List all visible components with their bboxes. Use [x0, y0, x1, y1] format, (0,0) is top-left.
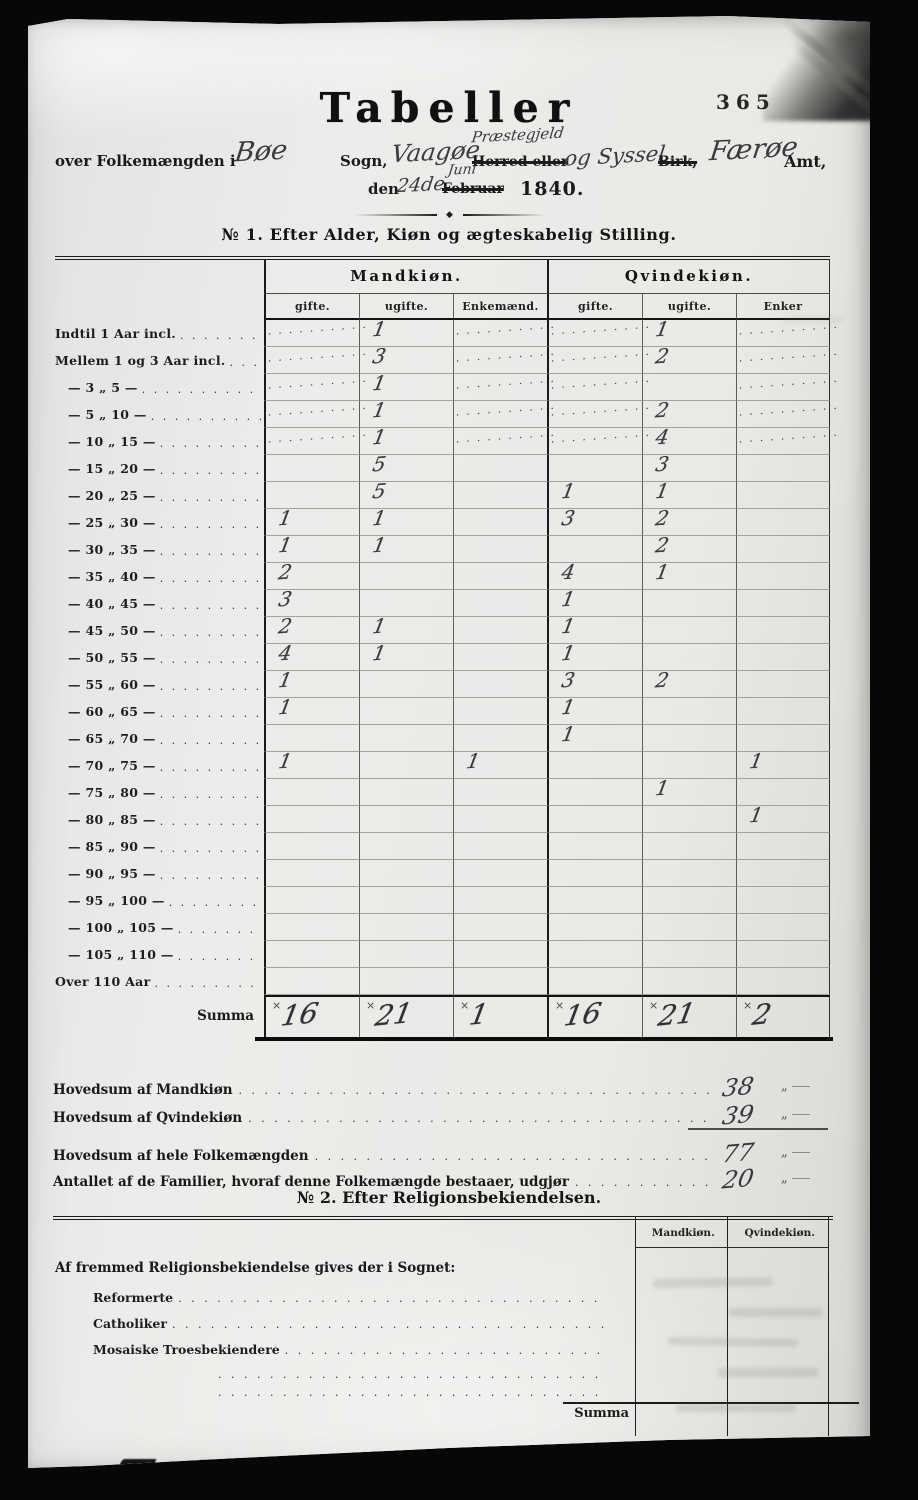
- cell-m-enkemaend: [453, 725, 547, 752]
- cell-m-gifte: [264, 779, 359, 806]
- age-group-row: — 35 „ 40 — 2 4 1: [55, 563, 830, 590]
- cell-q-gifte: [547, 914, 642, 941]
- cell-q-ugifte: 1: [642, 779, 736, 806]
- dot-leader: [160, 842, 262, 855]
- cell-q-enker: [736, 320, 830, 347]
- group-header-mandkion: Mandkiøn.: [264, 260, 547, 294]
- age-group-label: — 3 „ 5 —: [55, 374, 264, 401]
- cell-m-gifte: 1: [264, 509, 359, 536]
- cell-m-ugifte: [359, 860, 453, 887]
- cell-m-gifte: [264, 968, 359, 995]
- cell-m-enkemaend: [453, 401, 547, 428]
- dot-leader: [218, 1386, 608, 1399]
- cell-m-gifte: 1: [264, 698, 359, 725]
- dot-leader: [178, 923, 262, 936]
- cell-q-ugifte: [642, 590, 736, 617]
- age-group-row: — 80 „ 85 — 1: [55, 806, 830, 833]
- cell-m-enkemaend: [453, 671, 547, 698]
- cell-q-gifte: [547, 806, 642, 833]
- age-group-row: — 3 „ 5 — 1: [55, 374, 830, 401]
- cell-q-ugifte: [642, 887, 736, 914]
- hovedsum-qvindekion-value: 39: [720, 1098, 784, 1131]
- totals-sum-rule: [688, 1128, 828, 1130]
- cell-m-enkemaend: [453, 698, 547, 725]
- dot-leader: [160, 518, 262, 531]
- age-group-row: — 30 „ 35 — 1 1 2: [55, 536, 830, 563]
- struck-herred-eller: Herred eller: [472, 154, 568, 170]
- cell-m-gifte: [264, 914, 359, 941]
- dot-leader: [160, 680, 262, 693]
- cell-q-ugifte: 3: [642, 455, 736, 482]
- cell-m-gifte: [264, 482, 359, 509]
- dot-leader: [142, 383, 262, 396]
- label-col-spacer: [55, 260, 264, 294]
- cell-q-enker: [736, 914, 830, 941]
- cell-m-enkemaend: [453, 482, 547, 509]
- table1-group-header-row: Mandkiøn. Qvindekiøn.: [55, 260, 830, 294]
- cell-q-enker: [736, 833, 830, 860]
- cell-m-gifte: [264, 374, 359, 401]
- dot-leader: [160, 545, 262, 558]
- dot-leader: [160, 653, 262, 666]
- cell-m-ugifte: [359, 833, 453, 860]
- age-group-row: — 70 „ 75 — 1 1 1: [55, 752, 830, 779]
- cell-m-ugifte: 1: [359, 401, 453, 428]
- section2-heading: № 2. Efter Religionsbekiendelsen.: [28, 1188, 870, 1207]
- cell-m-gifte: 1: [264, 536, 359, 563]
- header-printed-sogn: Sogn,: [340, 152, 387, 170]
- parish-name-handwritten: Bøe: [233, 135, 289, 169]
- table1-summa-row: Summa ×16 ×21 ×1 ×16 ×21 ×2: [55, 995, 830, 1037]
- age-group-row: — 65 „ 70 — 1: [55, 725, 830, 752]
- cell-q-enker: [736, 860, 830, 887]
- ditto-mark: „: [781, 1145, 815, 1160]
- cell-q-enker: [736, 725, 830, 752]
- cell-m-enkemaend: [453, 374, 547, 401]
- cell-q-ugifte: [642, 833, 736, 860]
- cell-m-enkemaend: [453, 455, 547, 482]
- age-group-row: — 100 „ 105 —: [55, 914, 830, 941]
- dot-leader: [151, 410, 262, 423]
- age-group-label: — 85 „ 90 —: [55, 833, 264, 860]
- cell-m-enkemaend: [453, 968, 547, 995]
- bleedthrough-artifact: [676, 1404, 796, 1412]
- subheader-m-enkemaend: Enkemænd.: [453, 294, 547, 320]
- praestegjeld-handwritten: Præstegjeld: [471, 124, 565, 147]
- cutoff-print-artifact: [166, 1463, 180, 1471]
- cell-m-ugifte: [359, 779, 453, 806]
- cell-m-gifte: [264, 860, 359, 887]
- cell-q-gifte: [547, 968, 642, 995]
- cell-q-enker: [736, 968, 830, 995]
- summa-label: Summa: [55, 995, 264, 1037]
- summa-m-ugifte: ×21: [359, 995, 453, 1037]
- bleedthrough-artifact: [728, 1308, 823, 1317]
- cell-q-ugifte: 1: [642, 320, 736, 347]
- dot-leader: [160, 626, 262, 639]
- cell-q-ugifte: 2: [642, 347, 736, 374]
- subheader-m-gifte: gifte.: [264, 294, 359, 320]
- religion-row-blank: [213, 1368, 608, 1381]
- cell-m-enkemaend: [453, 320, 547, 347]
- cell-m-enkemaend: [453, 428, 547, 455]
- cell-m-enkemaend: [453, 941, 547, 968]
- cell-q-ugifte: [642, 752, 736, 779]
- cell-q-gifte: 1: [547, 698, 642, 725]
- age-group-row: — 85 „ 90 —: [55, 833, 830, 860]
- dot-leader: [160, 599, 262, 612]
- table1-bottom-rule: [255, 1037, 833, 1041]
- ditto-mark: „: [781, 1171, 815, 1186]
- cell-q-gifte: [547, 779, 642, 806]
- table2-header-mandkion: Mandkiøn.: [635, 1218, 732, 1247]
- cell-m-ugifte: 5: [359, 455, 453, 482]
- cutoff-print-artifact: [256, 1457, 283, 1469]
- families-count-line: Antallet af de Familier, hvoraf denne Fo…: [53, 1164, 815, 1188]
- table1-body: Indtil 1 Aar incl. 1 1 Mellem 1 og 3 Aar…: [55, 320, 830, 995]
- cell-q-gifte: [547, 887, 642, 914]
- cell-m-gifte: [264, 401, 359, 428]
- hovedsum-total-line: Hovedsum af hele Folkemængden77„: [53, 1138, 815, 1162]
- cell-q-gifte: 1: [547, 482, 642, 509]
- subheader-q-gifte: gifte.: [547, 294, 642, 320]
- cell-q-ugifte: 1: [642, 482, 736, 509]
- dot-leader: [218, 1368, 608, 1381]
- cell-q-gifte: [547, 455, 642, 482]
- cell-m-gifte: 4: [264, 644, 359, 671]
- cell-q-gifte: [547, 320, 642, 347]
- summa-m-gifte: ×16: [264, 995, 359, 1037]
- age-group-label: — 35 „ 40 —: [55, 563, 264, 590]
- document-title: Tabeller: [28, 84, 870, 132]
- cell-q-enker: [736, 644, 830, 671]
- table2-header-qvindekion: Qvindekiøn.: [732, 1218, 829, 1247]
- cell-m-ugifte: [359, 914, 453, 941]
- age-group-label: — 20 „ 25 —: [55, 482, 264, 509]
- cell-m-enkemaend: [453, 914, 547, 941]
- cell-m-enkemaend: [453, 887, 547, 914]
- cell-m-gifte: [264, 320, 359, 347]
- dot-leader: [248, 1112, 717, 1125]
- cell-m-gifte: [264, 887, 359, 914]
- dot-leader: [172, 1318, 608, 1331]
- cell-m-gifte: 3: [264, 590, 359, 617]
- cell-m-ugifte: [359, 968, 453, 995]
- age-group-row: — 15 „ 20 — 5 3: [55, 455, 830, 482]
- cell-m-gifte: [264, 725, 359, 752]
- age-group-row: — 55 „ 60 — 1 3 2: [55, 671, 830, 698]
- ornamental-divider: ◆: [355, 210, 545, 220]
- cell-q-ugifte: 2: [642, 509, 736, 536]
- age-group-row: — 60 „ 65 — 1 1: [55, 698, 830, 725]
- divider-line-right: [463, 214, 545, 216]
- divider-ornament-icon: ◆: [437, 210, 463, 220]
- age-group-row: — 25 „ 30 — 1 1 3 2: [55, 509, 830, 536]
- cell-m-gifte: [264, 833, 359, 860]
- cell-q-enker: [736, 941, 830, 968]
- cell-m-ugifte: 1: [359, 509, 453, 536]
- cell-q-enker: [736, 401, 830, 428]
- dot-leader: [178, 950, 262, 963]
- age-group-row: — 90 „ 95 —: [55, 860, 830, 887]
- age-group-label: — 30 „ 35 —: [55, 536, 264, 563]
- cell-m-gifte: [264, 428, 359, 455]
- cell-m-enkemaend: [453, 860, 547, 887]
- hovedsum-mandkion-line: Hovedsum af Mandkiøn38„: [53, 1072, 815, 1096]
- cell-q-gifte: [547, 536, 642, 563]
- cell-q-ugifte: 2: [642, 536, 736, 563]
- cell-q-enker: [736, 536, 830, 563]
- age-group-row: — 45 „ 50 — 2 1 1: [55, 617, 830, 644]
- cell-q-gifte: 3: [547, 671, 642, 698]
- cell-q-enker: [736, 563, 830, 590]
- table2-summa-label: Summa: [533, 1406, 629, 1421]
- scanned-census-document: { "page": { "number": "365" }, "header":…: [0, 0, 918, 1500]
- religion-row-catholiker: Catholiker: [93, 1316, 608, 1331]
- cutoff-print-artifact: [198, 1460, 242, 1469]
- cell-q-gifte: 1: [547, 725, 642, 752]
- cutoff-print-artifact: [117, 1459, 157, 1469]
- cell-q-enker: [736, 671, 830, 698]
- age-group-label: — 15 „ 20 —: [55, 455, 264, 482]
- cell-q-ugifte: [642, 914, 736, 941]
- cell-q-gifte: 1: [547, 644, 642, 671]
- cell-m-ugifte: [359, 698, 453, 725]
- age-group-label: — 70 „ 75 —: [55, 752, 264, 779]
- cell-q-enker: 1: [736, 806, 830, 833]
- cell-m-ugifte: [359, 590, 453, 617]
- age-group-label: — 55 „ 60 —: [55, 671, 264, 698]
- cell-m-enkemaend: [453, 779, 547, 806]
- dot-leader: [230, 356, 262, 369]
- age-group-label: — 95 „ 100 —: [55, 887, 264, 914]
- summa-q-gifte: ×16: [547, 995, 642, 1037]
- cell-m-gifte: [264, 806, 359, 833]
- cell-q-gifte: [547, 347, 642, 374]
- cell-m-ugifte: 1: [359, 428, 453, 455]
- cell-q-ugifte: [642, 644, 736, 671]
- month-juni-handwritten: Juni: [447, 161, 477, 178]
- age-group-label: — 65 „ 70 —: [55, 725, 264, 752]
- cell-q-ugifte: [642, 617, 736, 644]
- cell-q-enker: [736, 617, 830, 644]
- table1-heading: № 1. Efter Alder, Kiøn og ægteskabelig S…: [28, 225, 870, 244]
- cell-q-ugifte: [642, 698, 736, 725]
- table2-header-row: Mandkiøn. Qvindekiøn.: [635, 1218, 828, 1248]
- cell-q-enker: [736, 509, 830, 536]
- age-group-label: — 105 „ 110 —: [55, 941, 264, 968]
- cell-q-ugifte: [642, 806, 736, 833]
- ditto-mark: „: [781, 1079, 815, 1094]
- cell-q-enker: [736, 374, 830, 401]
- dot-leader: [285, 1344, 608, 1357]
- cell-m-ugifte: 1: [359, 536, 453, 563]
- dot-leader: [160, 437, 262, 450]
- cell-q-enker: [736, 887, 830, 914]
- age-group-label: — 60 „ 65 —: [55, 698, 264, 725]
- cell-q-ugifte: [642, 860, 736, 887]
- cell-q-gifte: 3: [547, 509, 642, 536]
- cell-q-ugifte: [642, 941, 736, 968]
- cell-q-gifte: 1: [547, 590, 642, 617]
- cell-m-enkemaend: [453, 536, 547, 563]
- age-group-label: — 50 „ 55 —: [55, 644, 264, 671]
- subheader-m-ugifte: ugifte.: [359, 294, 453, 320]
- cell-q-gifte: [547, 752, 642, 779]
- cell-q-ugifte: 4: [642, 428, 736, 455]
- group-header-qvindekion: Qvindekiøn.: [547, 260, 830, 294]
- age-group-row: — 40 „ 45 — 3 1: [55, 590, 830, 617]
- cell-m-gifte: [264, 455, 359, 482]
- summa-q-enker: ×2: [736, 995, 830, 1037]
- age-group-label: — 90 „ 95 —: [55, 860, 264, 887]
- age-group-label: Mellem 1 og 3 Aar incl.: [55, 347, 264, 374]
- divider-line-left: [355, 214, 437, 216]
- religion-intro-text: Af fremmed Religionsbekiendelse gives de…: [55, 1260, 455, 1276]
- dot-leader: [160, 464, 262, 477]
- cell-m-ugifte: 1: [359, 617, 453, 644]
- cell-q-gifte: [547, 860, 642, 887]
- age-group-row: — 5 „ 10 — 1 2: [55, 401, 830, 428]
- table1-sub-header-row: gifte. ugifte. Enkemænd. gifte. ugifte. …: [55, 294, 830, 320]
- bleedthrough-artifact: [718, 1368, 818, 1377]
- cell-q-enker: [736, 482, 830, 509]
- dot-leader: [160, 869, 262, 882]
- cell-m-enkemaend: [453, 644, 547, 671]
- cell-q-gifte: [547, 833, 642, 860]
- cell-m-enkemaend: [453, 347, 547, 374]
- cell-q-enker: [736, 590, 830, 617]
- religion-row-mosaiske: Mosaiske Troesbekiendere: [93, 1342, 608, 1357]
- cell-m-ugifte: 1: [359, 644, 453, 671]
- cell-q-ugifte: [642, 725, 736, 752]
- cutoff-print-artifact: [298, 1457, 448, 1464]
- cell-q-gifte: [547, 374, 642, 401]
- cell-m-ugifte: [359, 563, 453, 590]
- cell-m-ugifte: 1: [359, 374, 453, 401]
- cell-q-enker: [736, 347, 830, 374]
- day-handwritten: 24de: [395, 173, 446, 197]
- cell-q-gifte: [547, 941, 642, 968]
- cell-m-enkemaend: [453, 563, 547, 590]
- age-group-row: — 105 „ 110 —: [55, 941, 830, 968]
- dot-leader: [160, 707, 262, 720]
- age-group-row: Over 110 Aar: [55, 968, 830, 995]
- cell-q-enker: [736, 428, 830, 455]
- cell-m-gifte: [264, 347, 359, 374]
- cell-q-enker: 1: [736, 752, 830, 779]
- cell-q-enker: [736, 455, 830, 482]
- cell-m-ugifte: [359, 752, 453, 779]
- struck-birk: Birk,: [658, 154, 697, 170]
- cell-m-ugifte: [359, 887, 453, 914]
- cell-m-ugifte: [359, 941, 453, 968]
- cell-q-enker: [736, 779, 830, 806]
- cell-m-ugifte: [359, 671, 453, 698]
- dot-leader: [160, 734, 262, 747]
- subheader-q-ugifte: ugifte.: [642, 294, 736, 320]
- cell-m-gifte: 1: [264, 752, 359, 779]
- struck-februar: Februar: [442, 181, 504, 197]
- bleedthrough-artifact: [783, 316, 843, 323]
- age-group-row: — 50 „ 55 — 4 1 1: [55, 644, 830, 671]
- cell-m-ugifte: [359, 806, 453, 833]
- religion-row-reformerte: Reformerte: [93, 1290, 608, 1305]
- cell-m-gifte: [264, 941, 359, 968]
- header-printed-den: den: [368, 180, 399, 198]
- og-syssel-handwritten: og Syssel: [563, 141, 666, 170]
- religion-row-blank: [213, 1386, 608, 1399]
- cell-m-ugifte: 5: [359, 482, 453, 509]
- cell-q-ugifte: 2: [642, 401, 736, 428]
- cell-m-enkemaend: [453, 617, 547, 644]
- cell-m-gifte: 2: [264, 563, 359, 590]
- age-sex-table: Mandkiøn. Qvindekiøn. gifte. ugifte. Enk…: [55, 256, 830, 1041]
- age-group-label: — 40 „ 45 —: [55, 590, 264, 617]
- cell-m-enkemaend: [453, 509, 547, 536]
- header-printed-year: 1840.: [520, 178, 585, 200]
- dot-leader: [239, 1084, 717, 1097]
- age-group-label: Over 110 Aar: [55, 968, 264, 995]
- age-group-row: — 95 „ 100 —: [55, 887, 830, 914]
- age-group-row: — 20 „ 25 — 5 1 1: [55, 482, 830, 509]
- dot-leader: [160, 815, 262, 828]
- age-group-label: — 45 „ 50 —: [55, 617, 264, 644]
- cell-m-gifte: 1: [264, 671, 359, 698]
- age-group-label: — 100 „ 105 —: [55, 914, 264, 941]
- cell-q-ugifte: [642, 968, 736, 995]
- dot-leader: [160, 491, 262, 504]
- cell-m-ugifte: 3: [359, 347, 453, 374]
- dot-leader: [180, 329, 262, 342]
- dot-leader: [169, 896, 262, 909]
- age-group-row: Mellem 1 og 3 Aar incl. 3 2: [55, 347, 830, 374]
- dot-leader: [315, 1150, 717, 1163]
- summa-q-ugifte: ×21: [642, 995, 736, 1037]
- cell-q-ugifte: 2: [642, 671, 736, 698]
- hovedsum-qvindekion-line: Hovedsum af Qvindekiøn39„: [53, 1100, 815, 1124]
- dot-leader: [160, 572, 262, 585]
- age-group-row: Indtil 1 Aar incl. 1 1: [55, 320, 830, 347]
- cell-q-gifte: 1: [547, 617, 642, 644]
- dot-leader: [154, 977, 262, 990]
- header-printed-over: over Folkemængden i: [55, 152, 236, 170]
- cell-m-enkemaend: [453, 806, 547, 833]
- cell-m-ugifte: [359, 725, 453, 752]
- cell-m-ugifte: 1: [359, 320, 453, 347]
- summa-m-enkemaend: ×1: [453, 995, 547, 1037]
- age-group-label: — 5 „ 10 —: [55, 401, 264, 428]
- cell-q-gifte: 4: [547, 563, 642, 590]
- cell-q-gifte: [547, 428, 642, 455]
- age-group-row: — 10 „ 15 — 1 4: [55, 428, 830, 455]
- header-printed-amt: Amt,: [784, 152, 826, 171]
- dot-leader: [160, 788, 262, 801]
- label-col-spacer: [55, 294, 264, 320]
- dot-leader: [178, 1292, 608, 1305]
- ditto-mark: „: [781, 1107, 815, 1122]
- age-group-label: — 75 „ 80 —: [55, 779, 264, 806]
- cell-m-enkemaend: [453, 590, 547, 617]
- age-group-row: — 75 „ 80 — 1: [55, 779, 830, 806]
- cell-q-enker: [736, 698, 830, 725]
- cell-q-ugifte: 1: [642, 563, 736, 590]
- age-group-label: Indtil 1 Aar incl.: [55, 320, 264, 347]
- document-page: 365 Tabeller over Folkemængden i Bøe Sog…: [28, 16, 870, 1468]
- age-group-label: — 80 „ 85 —: [55, 806, 264, 833]
- age-group-label: — 25 „ 30 —: [55, 509, 264, 536]
- cell-q-ugifte: [642, 374, 736, 401]
